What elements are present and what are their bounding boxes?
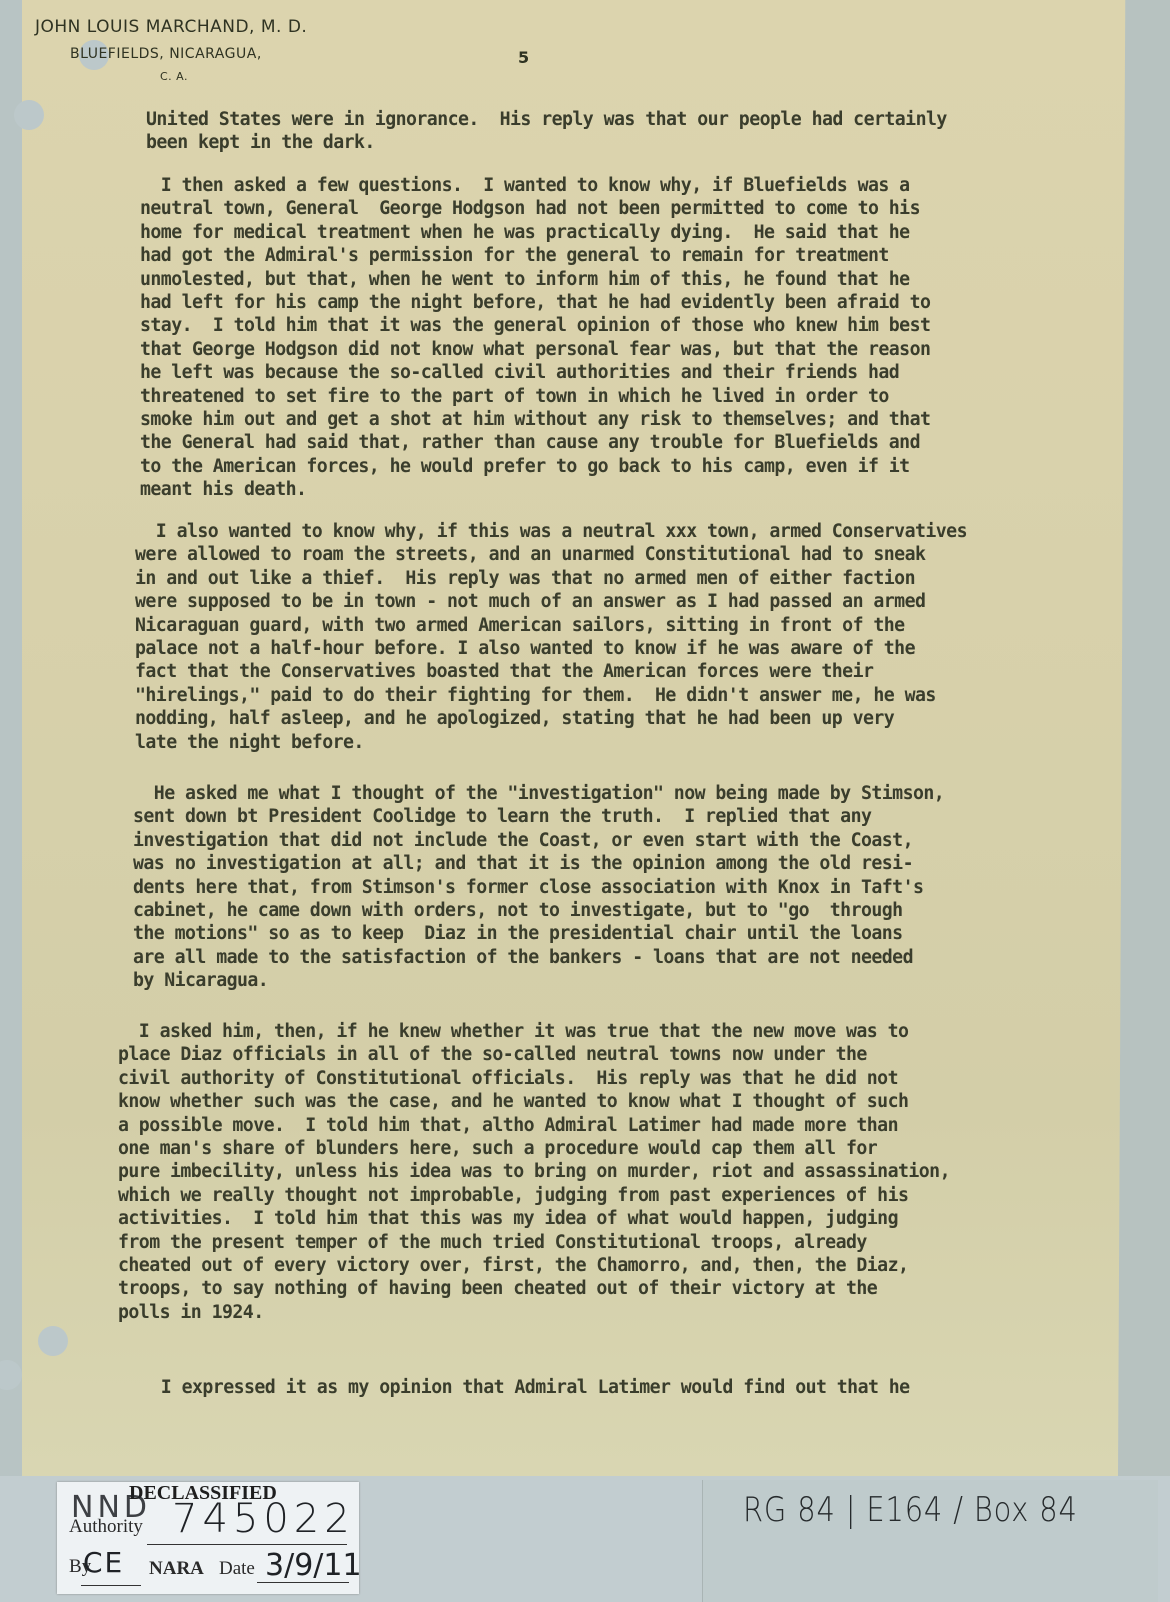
scan-background-left [0,0,24,1476]
paragraph: United States were in ignorance. His rep… [146,108,947,155]
declassified-stamp: DECLASSIFIED NND Authority 745022 By CE … [57,1482,359,1594]
paragraph: I also wanted to know why, if this was a… [135,520,967,754]
stamp-date-label: Date [219,1558,255,1580]
stamp-underline [81,1585,141,1586]
paragraph: I asked him, then, if he knew whether it… [118,1020,950,1324]
punch-hole [38,1326,68,1356]
paragraph: I then asked a few questions. I wanted t… [140,174,930,502]
punch-hole [14,100,44,130]
archive-label: RG 84 | E164 / Box 84 [743,1490,1078,1530]
stamp-initials: CE [83,1546,124,1579]
stamp-date-value: 3/9/11 [265,1548,362,1583]
stamp-underline [147,1544,347,1545]
stamp-authority-label: Authority [69,1516,143,1538]
page-number: 5 [518,48,529,67]
stamp-underline [257,1582,349,1583]
paragraph: I expressed it as my opinion that Admira… [140,1376,910,1399]
paragraph: He asked me what I thought of the "inves… [133,782,944,993]
letterhead-name: JOHN LOUIS MARCHAND, M. D. [35,17,307,37]
stamp-authority-number: 745022 [172,1496,355,1542]
letterhead-country: C. A. [160,70,188,83]
stamp-agency: NARA [149,1558,204,1580]
letterhead-city: BLUEFIELDS, NICARAGUA, [70,46,262,62]
scan-background-right [1118,0,1170,1476]
archive-label-card: RG 84 | E164 / Box 84 [702,1480,1158,1602]
